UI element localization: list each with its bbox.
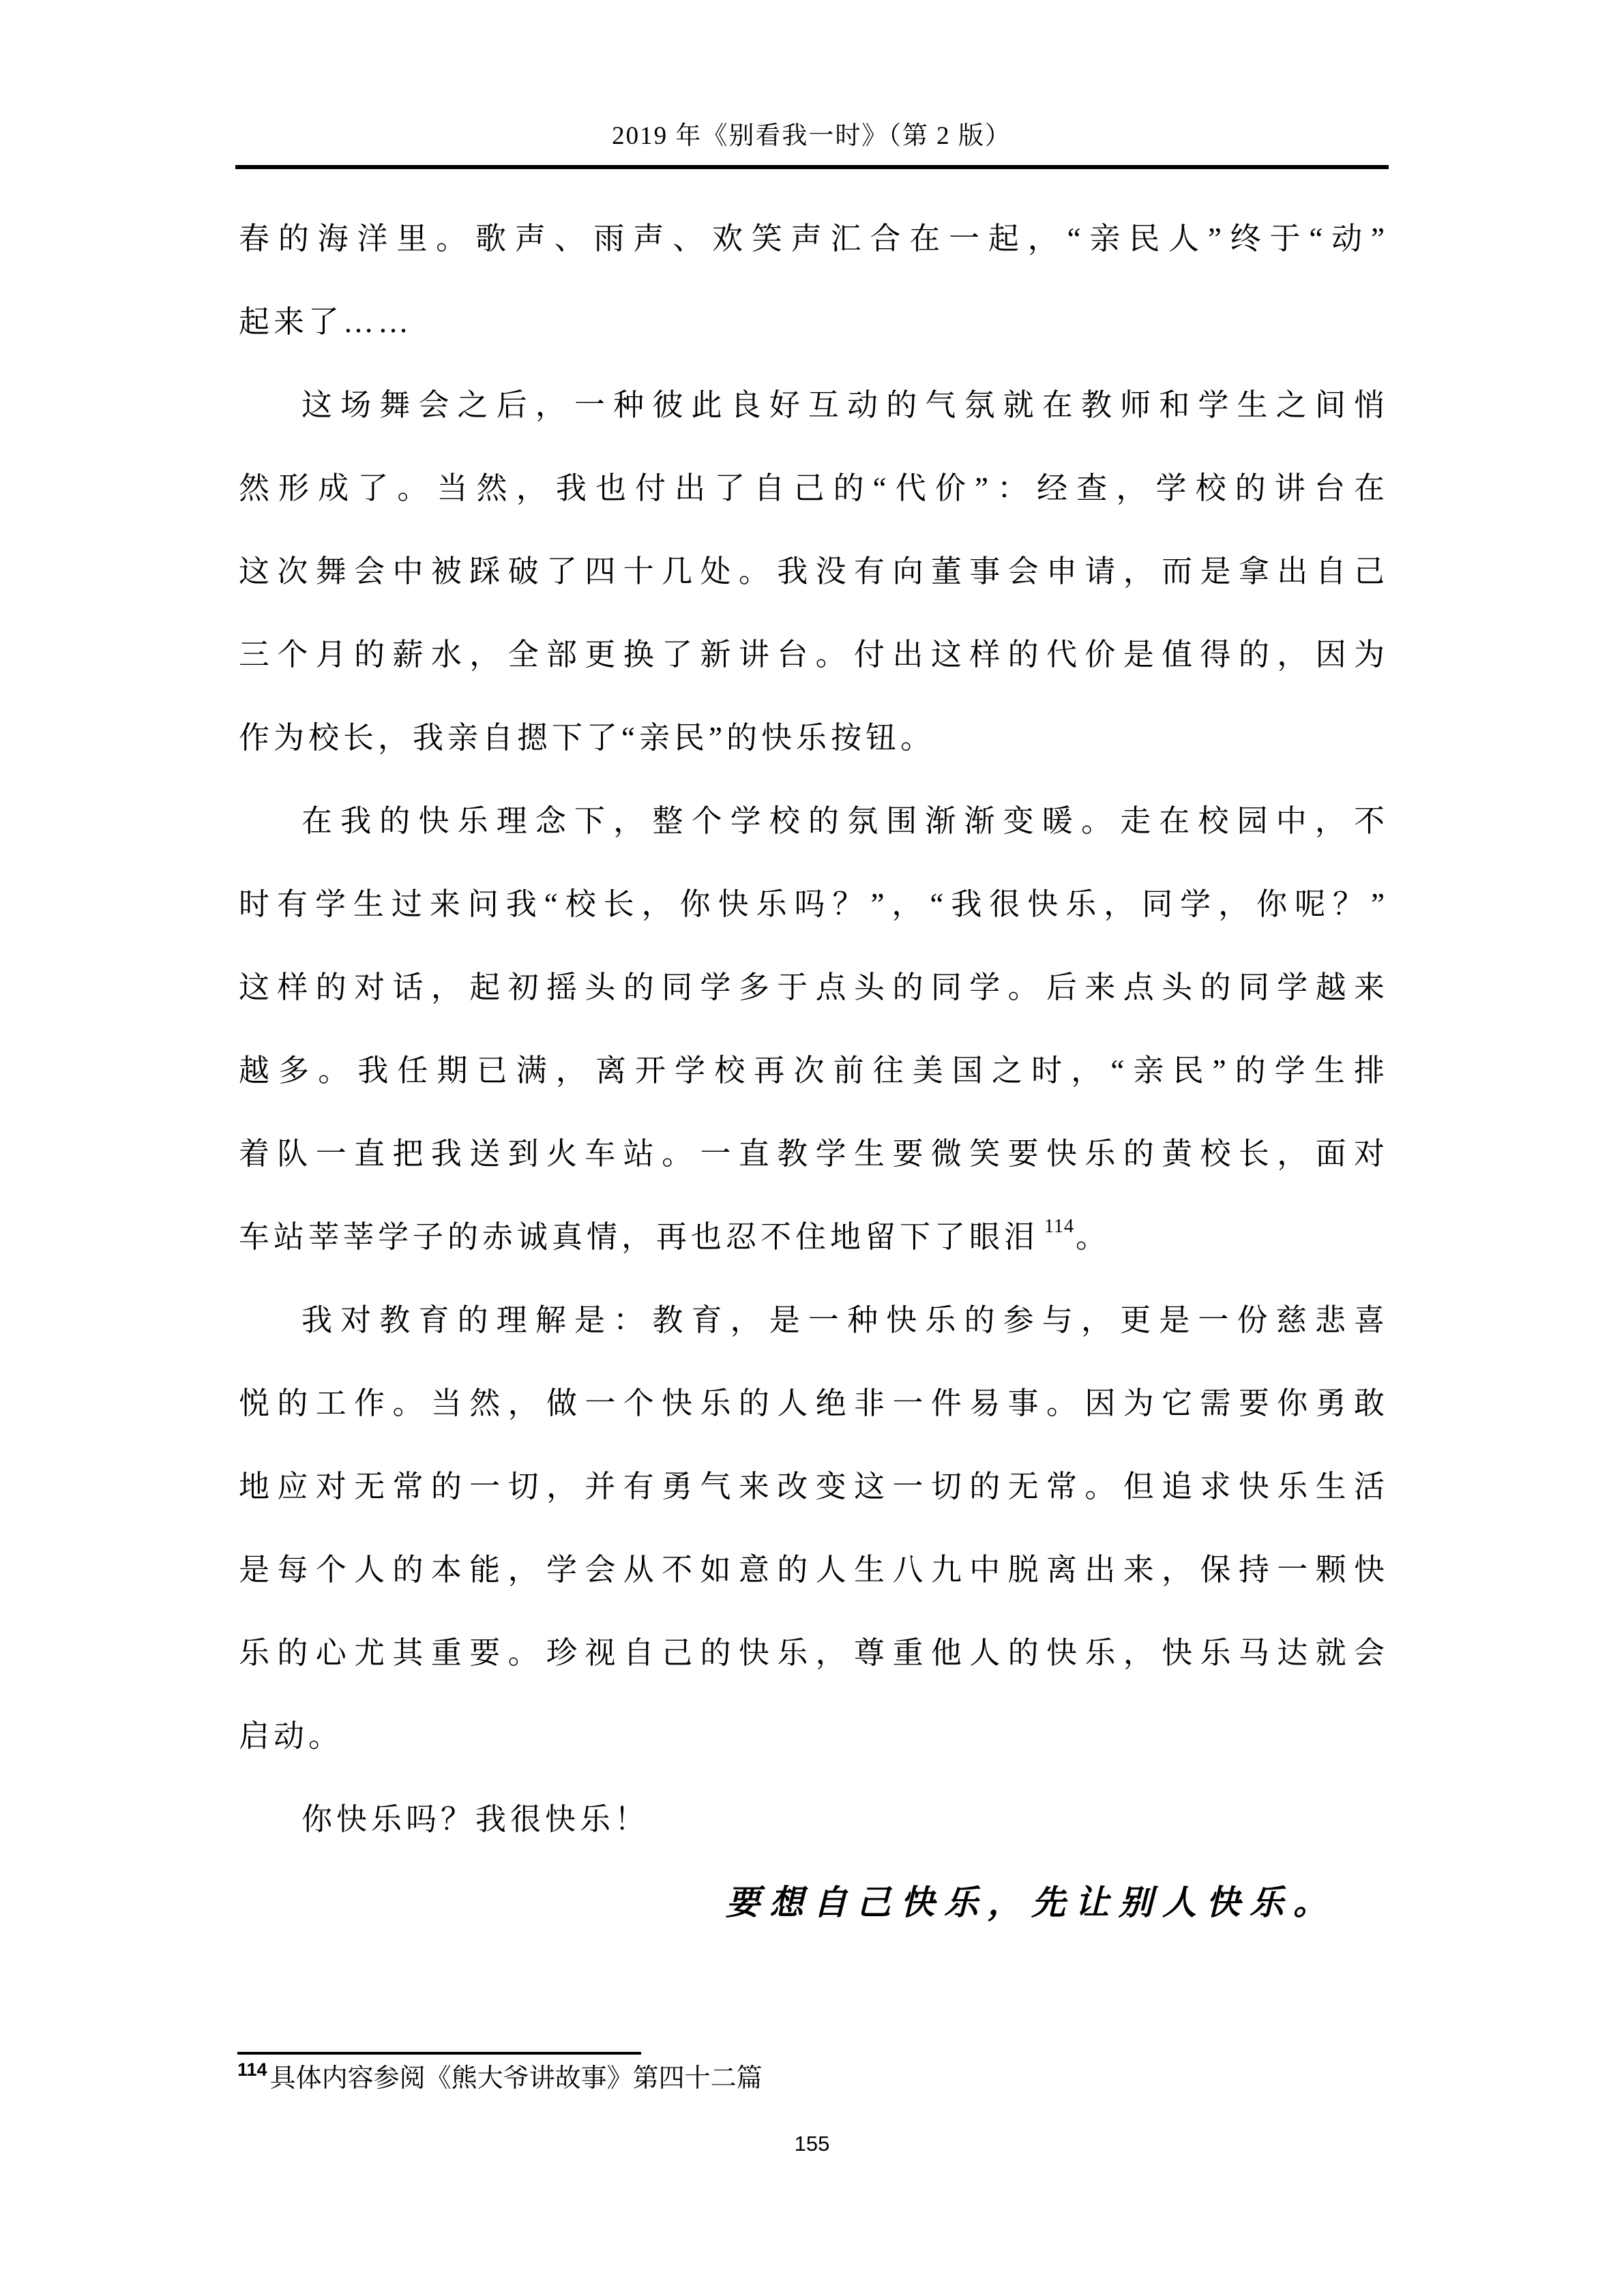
running-header: 2019 年《别看我一时》（第 2 版）	[237, 120, 1386, 153]
footnote-marker: 114	[237, 2059, 267, 2080]
footnote: 114具体内容参阅《熊大爷讲故事》第四十二篇	[237, 2057, 1386, 2102]
text-line-with-footnote-ref: 车站莘莘学子的赤诚真情，再也忍不住地留下了眼泪114。	[239, 1195, 1385, 1279]
page-number: 155	[0, 2130, 1624, 2158]
text-line: 我对教育的理解是：教育，是一种快乐的参与，更是一份慈悲喜	[239, 1279, 1385, 1362]
aphorism-line: 要想自己快乐，先让别人快乐。	[239, 1861, 1385, 1944]
text-line: 时有学生过来问我“校长，你快乐吗？”，“我很快乐，同学，你呢？”	[239, 863, 1385, 946]
document-page: 2019 年《别看我一时》（第 2 版） 春的海洋里。歌声、雨声、欢笑声汇合在一…	[0, 0, 1624, 2296]
text-segment: 。	[1076, 1220, 1110, 1254]
text-line: 乐的心尤其重要。珍视自己的快乐，尊重他人的快乐，快乐马达就会	[239, 1611, 1385, 1695]
footnote-reference-superscript: 114	[1044, 1216, 1074, 1237]
text-line: 启动。	[239, 1695, 1385, 1778]
text-line: 是每个人的本能，学会从不如意的人生八九中脱离出来，保持一颗快	[239, 1528, 1385, 1611]
header-rule	[235, 165, 1389, 169]
text-line: 悦的工作。当然，做一个快乐的人绝非一件易事。因为它需要你勇敢	[239, 1362, 1385, 1445]
footnote-separator	[237, 2052, 641, 2055]
text-line: 三个月的薪水，全部更换了新讲台。付出这样的代价是值得的，因为	[239, 613, 1385, 696]
text-line: 起来了……	[239, 280, 1385, 363]
text-line: 这次舞会中被踩破了四十几处。我没有向董事会申请，而是拿出自己	[239, 530, 1385, 613]
text-line: 然形成了。当然，我也付出了自己的“代价”：经查，学校的讲台在	[239, 447, 1385, 530]
text-line: 在我的快乐理念下，整个学校的氛围渐渐变暖。走在校园中，不	[239, 779, 1385, 863]
text-line: 这场舞会之后，一种彼此良好互动的气氛就在教师和学生之间悄	[239, 363, 1385, 447]
text-line: 作为校长，我亲自摁下了“亲民”的快乐按钮。	[239, 696, 1385, 779]
text-line: 地应对无常的一切，并有勇气来改变这一切的无常。但追求快乐生活	[239, 1445, 1385, 1528]
body-text: 春的海洋里。歌声、雨声、欢笑声汇合在一起，“亲民人”终于“动” 起来了…… 这场…	[239, 197, 1385, 1944]
text-line: 着队一直把我送到火车站。一直教学生要微笑要快乐的黄校长，面对	[239, 1112, 1385, 1195]
text-line: 这样的对话，起初摇头的同学多于点头的同学。后来点头的同学越来	[239, 946, 1385, 1029]
footnote-text: 具体内容参阅《熊大爷讲故事》第四十二篇	[270, 2064, 763, 2093]
text-line: 越多。我任期已满，离开学校再次前往美国之时，“亲民”的学生排	[239, 1029, 1385, 1112]
text-segment: 车站莘莘学子的赤诚真情，再也忍不住地留下了眼泪	[239, 1220, 1039, 1254]
text-line: 春的海洋里。歌声、雨声、欢笑声汇合在一起，“亲民人”终于“动”	[239, 197, 1385, 280]
text-line: 你快乐吗？我很快乐！	[239, 1778, 1385, 1861]
